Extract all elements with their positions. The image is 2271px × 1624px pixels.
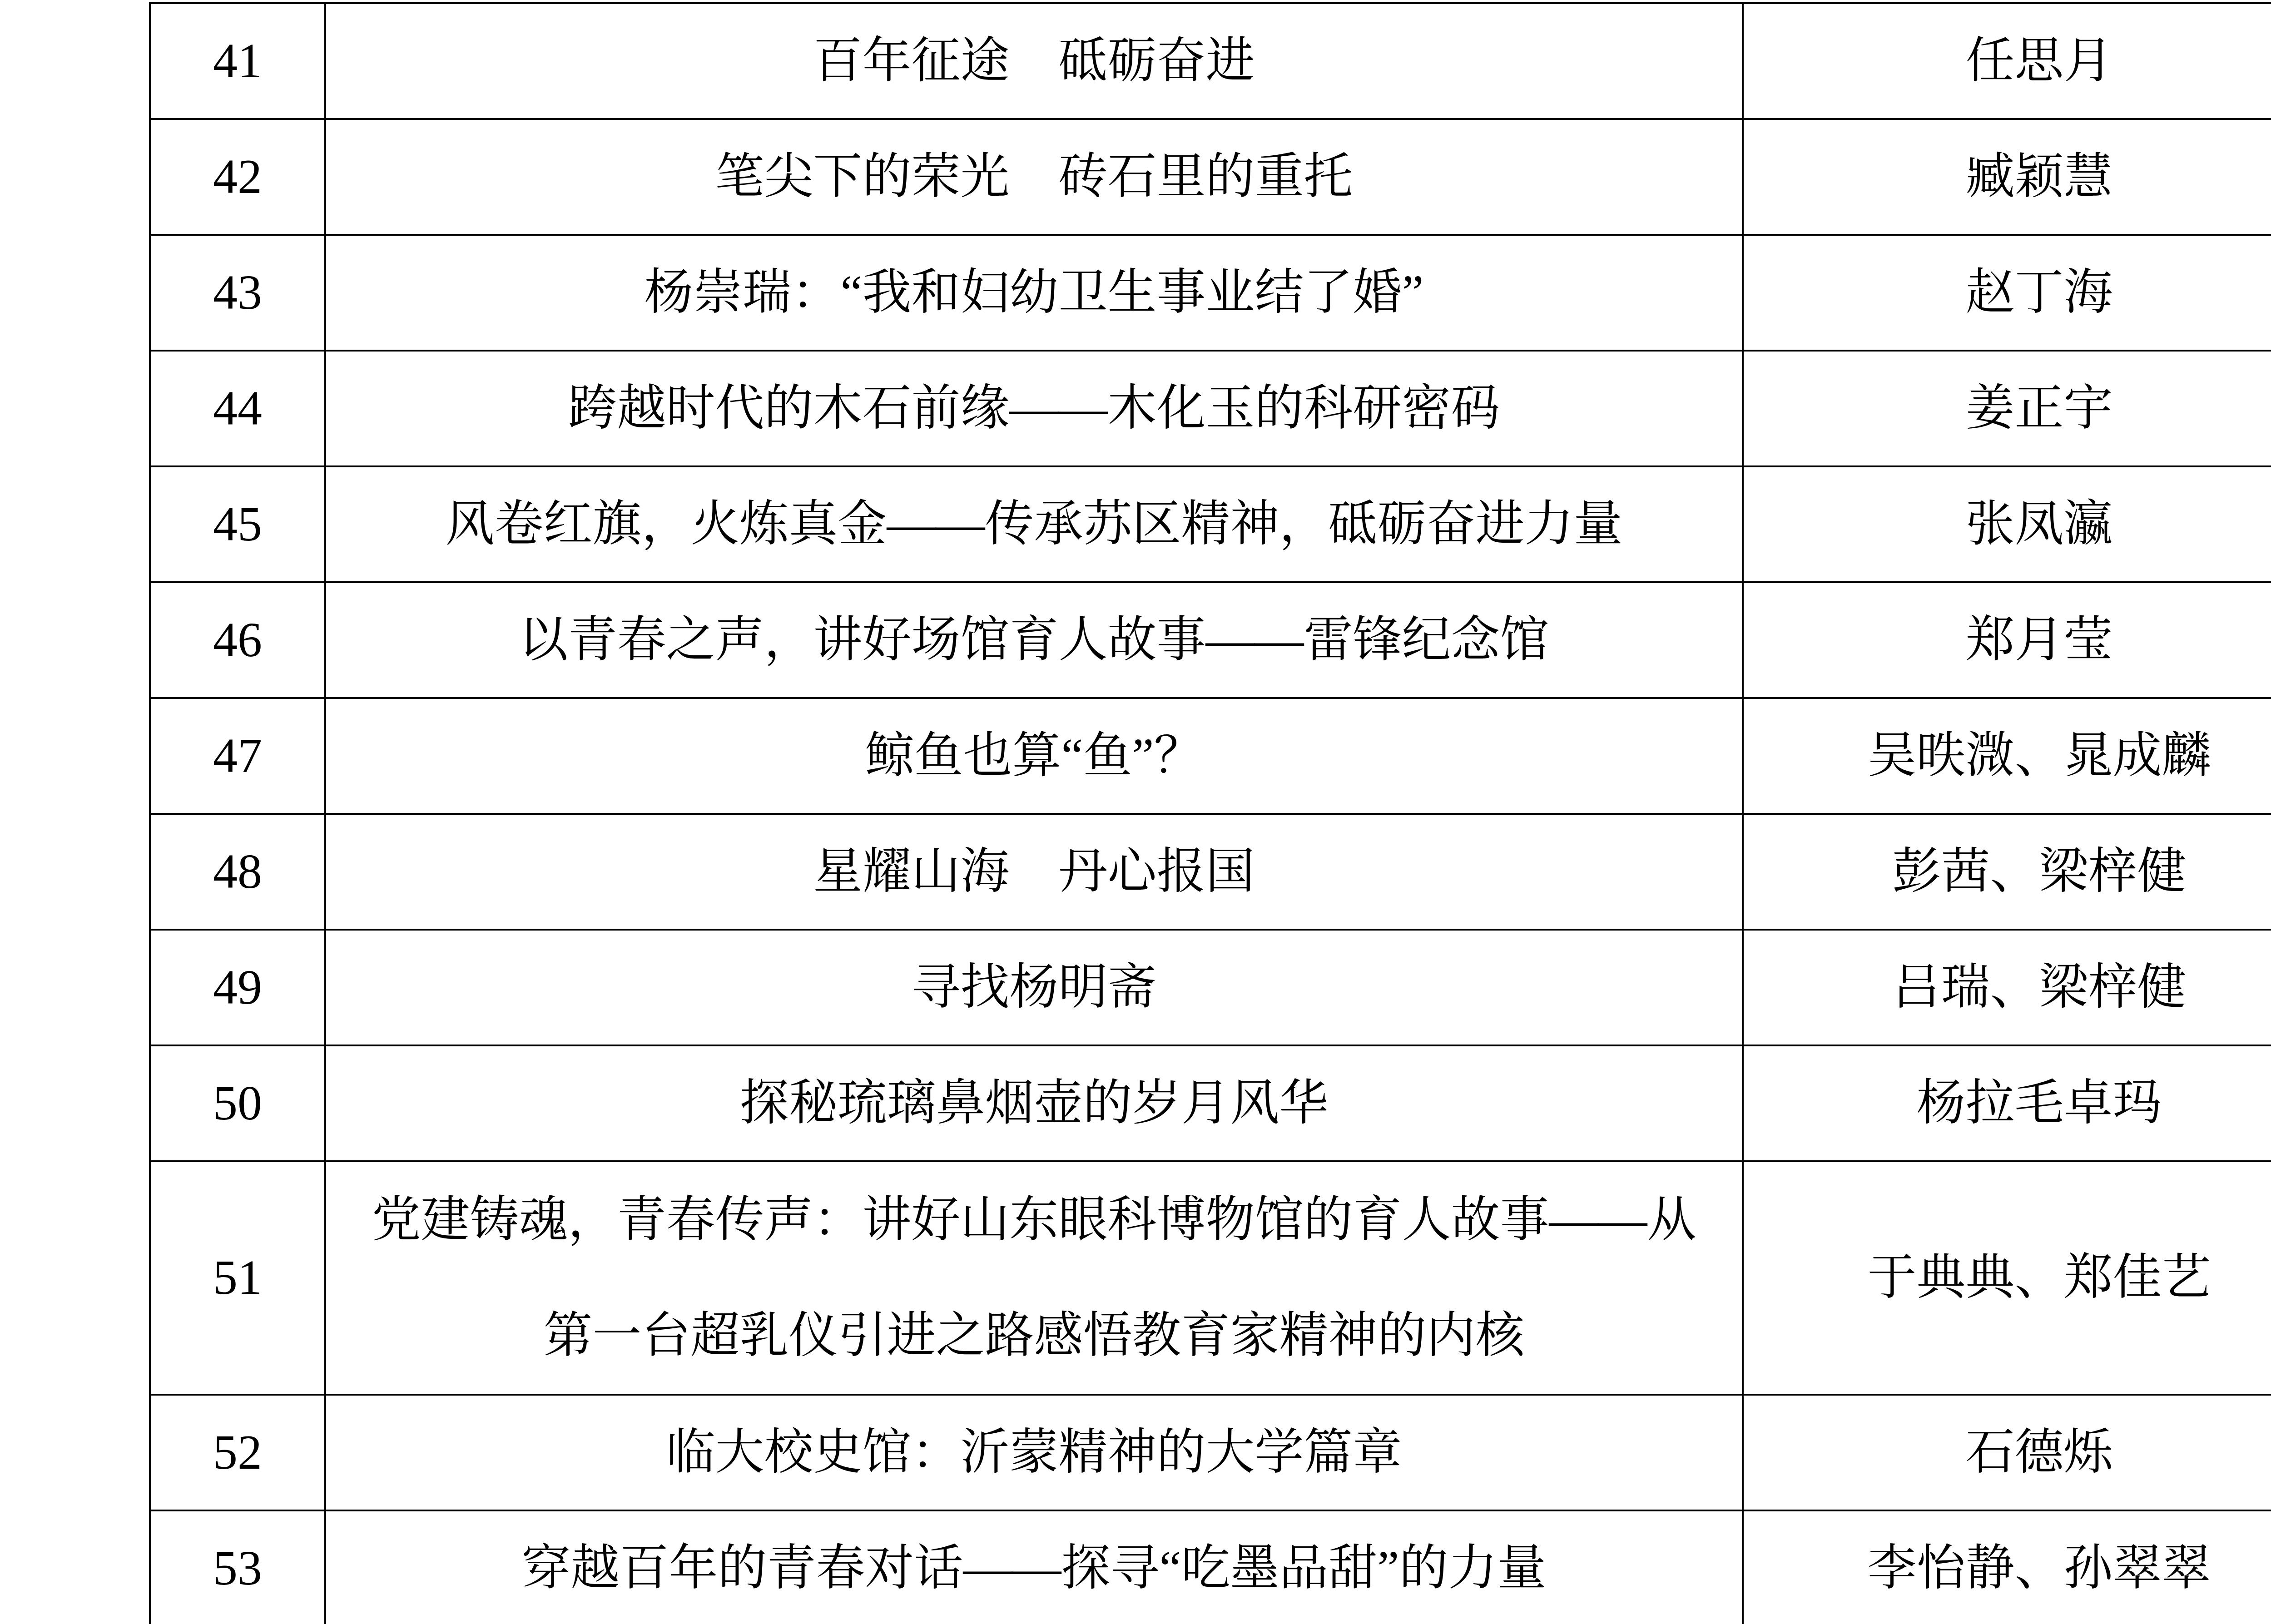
table-row: 46 以青春之声，讲好场馆育人故事——雷锋纪念馆 郑月莹 江西科技学院	[150, 582, 2271, 698]
row-number: 47	[150, 698, 325, 814]
title-cell: 党建铸魂，青春传声：讲好山东眼科博物馆的育人故事——从 第一台超乳仪引进之路感悟…	[325, 1161, 1743, 1395]
authors-cell: 臧颖慧	[1743, 119, 2271, 235]
table-row: 51 党建铸魂，青春传声：讲好山东眼科博物馆的育人故事——从 第一台超乳仪引进之…	[150, 1161, 2271, 1395]
table-row: 45 风卷红旗，火炼真金——传承苏区精神，砥砺奋进力量 张凤瀛 江西理工大学	[150, 466, 2271, 582]
table-row: 53 穿越百年的青春对话——探寻“吃墨品甜”的力量 李怡静、孙翠翠 山东交通学院	[150, 1510, 2271, 1624]
table-row: 48 星耀山海 丹心报国 彭茜、梁梓健 中国石油大学（华东）	[150, 814, 2271, 930]
table-row: 49 寻找杨明斋 吕瑞、梁梓健 中国石油大学（华东）	[150, 930, 2271, 1045]
title-cell: 临大校史馆：沂蒙精神的大学篇章	[325, 1395, 1743, 1510]
authors-cell: 吕瑞、梁梓健	[1743, 930, 2271, 1045]
title-line-2: 第一台超乳仪引进之路感悟教育家精神的内核	[335, 1278, 1733, 1394]
table-row: 52 临大校史馆：沂蒙精神的大学篇章 石德烁 临沂大学	[150, 1395, 2271, 1510]
table-row: 44 跨越时代的木石前缘——木化玉的科研密码 姜正宇 合肥工业大学	[150, 351, 2271, 466]
row-number: 42	[150, 119, 325, 235]
authors-cell: 吴昳溦、晁成麟	[1743, 698, 2271, 814]
row-number: 43	[150, 235, 325, 351]
title-cell: 星耀山海 丹心报国	[325, 814, 1743, 930]
title-cell: 跨越时代的木石前缘——木化玉的科研密码	[325, 351, 1743, 466]
table-row: 50 探秘琉璃鼻烟壶的岁月风华 杨拉毛卓玛 齐鲁工业大学	[150, 1045, 2271, 1161]
authors-cell: 张凤瀛	[1743, 466, 2271, 582]
row-number: 46	[150, 582, 325, 698]
authors-cell: 于典典、郑佳艺	[1743, 1161, 2271, 1395]
table-row: 47 鲸鱼也算“鱼”？ 吴昳溦、晁成麟 中国海洋大学	[150, 698, 2271, 814]
row-number: 44	[150, 351, 325, 466]
row-number: 52	[150, 1395, 325, 1510]
title-cell: 风卷红旗，火炼真金——传承苏区精神，砥砺奋进力量	[325, 466, 1743, 582]
authors-cell: 赵丁海	[1743, 235, 2271, 351]
row-number: 50	[150, 1045, 325, 1161]
authors-cell: 杨拉毛卓玛	[1743, 1045, 2271, 1161]
authors-cell: 彭茜、梁梓健	[1743, 814, 2271, 930]
title-cell: 杨崇瑞：“我和妇幼卫生事业结了婚”	[325, 235, 1743, 351]
row-number: 51	[150, 1161, 325, 1395]
authors-cell: 郑月莹	[1743, 582, 2271, 698]
document-page: 41 百年征途 砥砺奋进 任思月 江苏农林职业技术学院 42 笔尖下的荣光 砖石…	[0, 0, 2271, 1624]
title-line-1: 党建铸魂，青春传声：讲好山东眼科博物馆的育人故事——从	[335, 1162, 1733, 1278]
title-cell: 鲸鱼也算“鱼”？	[325, 698, 1743, 814]
table-row: 43 杨崇瑞：“我和妇幼卫生事业结了婚” 赵丁海 江苏卫生健康职业学院	[150, 235, 2271, 351]
title-cell: 百年征途 砥砺奋进	[325, 3, 1743, 119]
table-row: 42 笔尖下的荣光 砖石里的重托 臧颖慧 江苏农林职业技术学院	[150, 119, 2271, 235]
title-cell: 探秘琉璃鼻烟壶的岁月风华	[325, 1045, 1743, 1161]
row-number: 49	[150, 930, 325, 1045]
row-number: 41	[150, 3, 325, 119]
authors-cell: 李怡静、孙翠翠	[1743, 1510, 2271, 1624]
row-number: 48	[150, 814, 325, 930]
authors-cell: 任思月	[1743, 3, 2271, 119]
row-number: 53	[150, 1510, 325, 1624]
title-cell: 笔尖下的荣光 砖石里的重托	[325, 119, 1743, 235]
entries-table: 41 百年征途 砥砺奋进 任思月 江苏农林职业技术学院 42 笔尖下的荣光 砖石…	[149, 2, 2271, 1624]
row-number: 45	[150, 466, 325, 582]
title-cell: 穿越百年的青春对话——探寻“吃墨品甜”的力量	[325, 1510, 1743, 1624]
authors-cell: 石德烁	[1743, 1395, 2271, 1510]
title-cell: 以青春之声，讲好场馆育人故事——雷锋纪念馆	[325, 582, 1743, 698]
title-cell: 寻找杨明斋	[325, 930, 1743, 1045]
table-row: 41 百年征途 砥砺奋进 任思月 江苏农林职业技术学院	[150, 3, 2271, 119]
authors-cell: 姜正宇	[1743, 351, 2271, 466]
